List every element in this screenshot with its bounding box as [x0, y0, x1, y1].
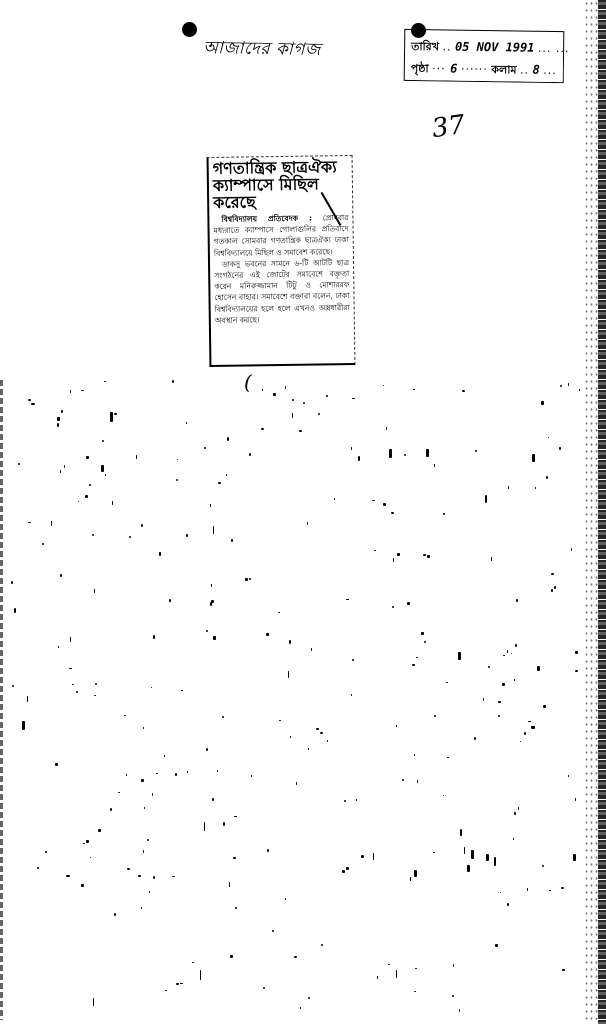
- scan-speck: [459, 1009, 460, 1011]
- scan-speck: [434, 464, 436, 467]
- scan-speck: [279, 720, 281, 721]
- scan-speck: [514, 812, 517, 815]
- scan-speck: [294, 956, 296, 958]
- scan-speck: [262, 389, 263, 391]
- dotted-leader: ······: [461, 63, 488, 76]
- scan-speck: [94, 695, 96, 696]
- scan-speck: [90, 857, 92, 858]
- scan-speck: [28, 399, 31, 401]
- headline-line: ক্যাম্পাসে মিছিল: [213, 175, 348, 194]
- scan-speck: [423, 554, 426, 556]
- scan-speck: [61, 410, 63, 413]
- scan-speck: [503, 655, 505, 656]
- scan-speck: [204, 447, 207, 450]
- scan-speck: [249, 453, 251, 456]
- stamp-date-value: 05 NOV 1991: [455, 40, 535, 55]
- scan-speck: [299, 430, 302, 432]
- scan-speck: [136, 455, 138, 458]
- scan-speck: [233, 857, 236, 859]
- scan-speck: [560, 385, 562, 387]
- dotted-leader: ..: [520, 64, 529, 77]
- scan-speck: [396, 970, 397, 978]
- scan-speck: [124, 715, 126, 716]
- scan-speck: [64, 465, 65, 468]
- dotted-leader: ... ...: [538, 42, 570, 55]
- punch-hole-icon: [182, 22, 197, 37]
- scan-speck: [186, 422, 187, 424]
- scan-speck: [144, 807, 145, 809]
- scan-speck: [361, 855, 363, 857]
- scan-speck: [575, 651, 578, 653]
- scan-speck: [11, 581, 13, 584]
- scan-speck: [414, 991, 416, 993]
- scan-speck: [396, 725, 398, 727]
- scan-speck: [507, 903, 509, 906]
- scan-speck: [344, 800, 346, 802]
- scan-speck: [27, 696, 29, 702]
- scan-speck: [200, 970, 202, 979]
- scan-speck: [415, 968, 417, 969]
- dotted-leader: ...: [543, 64, 557, 77]
- scan-speck: [296, 782, 297, 785]
- scan-speck: [165, 990, 167, 991]
- scan-speck: [392, 606, 394, 608]
- handwritten-page-number: 37: [430, 110, 467, 144]
- scan-speck: [51, 521, 52, 527]
- scan-speck: [212, 798, 214, 801]
- stamp-page-label: পৃষ্ঠা: [411, 62, 429, 75]
- scan-speck: [402, 779, 404, 781]
- scan-speck: [229, 884, 231, 887]
- scan-speck: [172, 876, 174, 877]
- scan-speck: [18, 463, 20, 465]
- stamp-date-row: তারিখ .. 05 NOV 1991 ... ...: [411, 38, 570, 59]
- scan-speck: [452, 995, 454, 997]
- scan-speck: [542, 865, 544, 867]
- scan-speck: [210, 504, 212, 506]
- scan-speck: [72, 684, 74, 685]
- newspaper-clipping: গণতান্ত্রিক ছাত্রঐক্য ক্যাম্পাসে মিছিল ক…: [207, 155, 356, 367]
- scan-speck: [290, 736, 291, 738]
- scan-speck: [153, 876, 155, 879]
- scan-speck: [81, 884, 84, 887]
- scan-speck: [101, 465, 104, 472]
- document-page: আজাদের কাগজ তারিখ .. 05 NOV 1991 ... ...…: [0, 0, 606, 1024]
- scan-speck: [524, 732, 526, 735]
- scan-speck: [434, 715, 436, 718]
- scan-speck: [377, 976, 378, 979]
- scan-speck: [346, 867, 349, 870]
- scan-speck: [278, 612, 280, 613]
- scan-speck: [105, 474, 106, 476]
- stamp-date-label: তারিখ: [411, 40, 439, 53]
- scan-speck: [66, 875, 69, 877]
- scan-speck: [285, 386, 286, 389]
- scan-speck: [234, 816, 237, 818]
- scan-speck: [110, 412, 113, 422]
- scan-speck: [60, 470, 62, 473]
- scan-speck: [358, 456, 360, 461]
- scan-speck: [288, 671, 289, 678]
- scan-speck: [94, 589, 95, 593]
- scan-speck: [114, 413, 117, 415]
- scan-speck: [112, 501, 114, 504]
- scan-speck: [156, 773, 157, 774]
- clipping-paragraph: বিশ্ববিদ্যালয় প্রতিবেদক : প্রোববার মধ্য…: [213, 212, 349, 259]
- scan-speck: [169, 599, 171, 602]
- scan-speck: [129, 536, 131, 538]
- scan-speck: [573, 854, 576, 861]
- scan-speck: [351, 694, 352, 696]
- scan-speck: [373, 853, 374, 860]
- scan-speck: [352, 659, 354, 661]
- scan-speck: [69, 668, 72, 669]
- stamp-page-value: 6: [450, 62, 457, 76]
- scan-speck: [414, 754, 415, 756]
- scan-speck: [513, 838, 514, 840]
- clipping-byline: বিশ্ববিদ্যালয় প্রতিবেদক :: [221, 214, 312, 224]
- scan-speck: [575, 670, 578, 672]
- scan-speck: [426, 449, 429, 457]
- scan-speck: [383, 503, 386, 506]
- scan-speck: [60, 574, 62, 577]
- scan-speck: [143, 727, 145, 728]
- scan-speck: [181, 690, 183, 691]
- scan-speck: [311, 648, 312, 651]
- date-stamp: তারিখ .. 05 NOV 1991 ... ... পৃষ্ঠা ··· …: [404, 29, 565, 83]
- scan-speck: [204, 822, 205, 831]
- scan-speck: [495, 944, 498, 947]
- scan-speck: [383, 385, 384, 386]
- scan-speck: [316, 728, 319, 730]
- scan-speck: [393, 558, 394, 561]
- scan-speck: [42, 543, 44, 545]
- scan-speck: [28, 522, 31, 523]
- scan-speck: [500, 892, 501, 893]
- scan-speck: [118, 792, 120, 793]
- scan-speck: [213, 526, 215, 534]
- scan-speck: [151, 687, 152, 688]
- scan-edge-noise: [584, 0, 598, 1024]
- scan-speck: [289, 640, 291, 643]
- scan-speck: [488, 666, 490, 668]
- scan-speck: [45, 851, 47, 853]
- scan-speck: [14, 608, 16, 613]
- scan-speck: [413, 389, 415, 390]
- scan-speck: [226, 474, 228, 476]
- scan-speck: [152, 793, 153, 796]
- scan-speck: [22, 721, 25, 730]
- scan-speck: [535, 487, 536, 489]
- stamp-column-label: কলাম: [491, 63, 516, 76]
- scan-speck: [307, 522, 308, 525]
- scan-speck: [424, 641, 425, 643]
- scan-speck: [346, 599, 348, 600]
- scan-speck: [527, 888, 528, 890]
- scan-speck: [351, 447, 352, 450]
- scan-speck: [218, 482, 221, 484]
- scan-speck: [356, 799, 357, 801]
- scan-speck: [514, 679, 516, 682]
- scan-speck: [474, 737, 476, 740]
- scan-speck: [443, 795, 444, 797]
- scan-speck: [551, 573, 554, 576]
- scan-speck: [537, 666, 540, 671]
- scan-speck: [263, 987, 264, 989]
- scan-speck: [159, 552, 161, 555]
- scan-speck: [98, 829, 101, 832]
- scan-speck: [561, 887, 564, 889]
- scan-speck: [483, 698, 484, 701]
- scan-speck: [231, 539, 233, 542]
- scan-speck: [141, 907, 142, 908]
- scan-speck: [318, 413, 320, 414]
- scan-speck: [70, 390, 71, 393]
- scan-speck: [427, 555, 430, 558]
- scan-speck: [372, 500, 375, 502]
- scan-speck: [486, 854, 489, 860]
- stamp-page-row: পৃষ্ঠা ··· 6 ······ কলাম .. 8 ...: [411, 60, 563, 82]
- scan-speck: [575, 798, 576, 801]
- scan-speck: [397, 553, 400, 556]
- scan-speck: [520, 741, 521, 742]
- scan-speck: [149, 891, 150, 893]
- scan-speck: [58, 646, 59, 648]
- scan-speck: [110, 808, 112, 811]
- scan-speck: [86, 456, 89, 459]
- scan-speck: [76, 691, 78, 693]
- scan-speck: [410, 877, 411, 880]
- scan-speck: [147, 839, 149, 841]
- scan-speck: [528, 721, 531, 723]
- scan-speck: [421, 632, 424, 635]
- clipping-paragraph: ডাকসু ভবনের সামনে ৬-টি আটটি ছাত্র সংগঠনে…: [214, 257, 350, 326]
- scan-speck: [57, 417, 60, 420]
- scan-speck: [37, 867, 39, 869]
- scan-speck: [176, 479, 177, 481]
- scan-speck: [187, 771, 188, 774]
- scan-speck: [511, 653, 512, 654]
- dotted-leader: ···: [432, 62, 450, 75]
- scan-speck: [388, 964, 389, 966]
- scan-speck: [223, 822, 225, 826]
- scan-speck: [93, 998, 94, 1006]
- dotted-leader: ..: [442, 40, 451, 53]
- scan-speck: [532, 454, 535, 461]
- scan-speck: [507, 650, 508, 653]
- scan-speck: [554, 586, 556, 588]
- scan-speck: [446, 682, 448, 684]
- scan-speck: [485, 495, 486, 503]
- scan-edge-right: [598, 0, 606, 1024]
- headline-line: করেছে: [213, 192, 348, 211]
- scan-speck: [292, 413, 294, 418]
- clipping-body: বিশ্ববিদ্যালয় প্রতিবেদক : প্রোববার মধ্য…: [213, 212, 350, 326]
- scan-speck: [180, 983, 182, 984]
- scan-speck: [386, 427, 387, 429]
- scan-speck: [407, 602, 410, 605]
- scan-speck: [543, 705, 545, 708]
- scan-speck: [559, 447, 561, 450]
- scan-speck: [141, 524, 143, 527]
- scan-speck: [443, 513, 445, 516]
- scan-speck: [95, 683, 97, 685]
- scan-speck: [516, 599, 518, 602]
- scan-speck: [326, 395, 328, 397]
- scan-speck: [389, 449, 392, 458]
- scan-speck: [342, 870, 345, 873]
- scan-speck: [114, 913, 116, 916]
- scan-speck: [192, 962, 193, 964]
- scan-speck: [211, 584, 212, 587]
- scan-speck: [138, 875, 141, 877]
- scan-speck: [206, 748, 208, 751]
- scan-speck: [308, 997, 310, 998]
- scan-speck: [102, 440, 104, 442]
- stamp-column-value: 8: [532, 63, 539, 77]
- scan-speck: [548, 437, 550, 439]
- scan-speck: [551, 589, 554, 591]
- scan-speck: [303, 402, 305, 403]
- scan-speck: [261, 428, 264, 430]
- newspaper-source-name: আজাদের কাগজ: [203, 35, 321, 65]
- scan-speck: [300, 1007, 301, 1009]
- scan-speck: [414, 870, 417, 877]
- scan-speck: [462, 390, 465, 392]
- scan-speck: [12, 685, 14, 687]
- scan-speck: [227, 437, 229, 440]
- scan-speck: [83, 843, 86, 844]
- scan-speck: [57, 423, 58, 427]
- scan-speck: [92, 534, 94, 536]
- scan-speck: [230, 955, 233, 958]
- scan-speck: [475, 450, 477, 451]
- scan-speck: [175, 773, 177, 775]
- scan-speck: [391, 512, 394, 514]
- scan-speck: [31, 403, 34, 405]
- scan-speck: [126, 774, 127, 776]
- scan-speck: [176, 983, 179, 984]
- scan-speck: [153, 635, 155, 639]
- scan-speck: [458, 652, 461, 660]
- scan-speck: [541, 401, 544, 404]
- scan-speck: [211, 600, 214, 603]
- scan-speck: [81, 390, 84, 391]
- scan-speck: [285, 898, 286, 899]
- scan-speck: [546, 476, 548, 479]
- scan-speck: [531, 726, 534, 729]
- scan-speck: [143, 850, 145, 853]
- scan-speck: [467, 865, 470, 872]
- scan-speck: [104, 381, 106, 382]
- scan-speck: [494, 857, 496, 866]
- scan-speck: [177, 459, 178, 460]
- scan-speck: [245, 578, 248, 580]
- scan-speck: [235, 907, 236, 909]
- scan-speck: [416, 657, 418, 658]
- scan-speck: [320, 732, 323, 735]
- scan-speck: [579, 389, 580, 391]
- scan-speck: [266, 633, 269, 636]
- scan-speck: [471, 850, 474, 860]
- scan-speck: [89, 484, 90, 486]
- scan-speck: [453, 964, 454, 967]
- scan-speck: [251, 775, 253, 777]
- scan-speck: [327, 740, 328, 742]
- scan-speck: [213, 636, 215, 639]
- scan-speck: [502, 683, 505, 685]
- scan-speck: [460, 829, 462, 835]
- scan-speck: [334, 498, 335, 501]
- scan-speck: [273, 393, 276, 396]
- scan-speck: [321, 944, 323, 946]
- scan-speck: [571, 548, 572, 551]
- scan-speck: [498, 715, 500, 717]
- scan-speck: [433, 852, 434, 853]
- scan-speck: [292, 399, 294, 402]
- scan-speck: [562, 969, 565, 972]
- scan-edge-left: [0, 380, 3, 1020]
- scan-speck: [568, 383, 569, 386]
- scan-speck: [464, 847, 465, 854]
- scan-speck: [164, 755, 165, 757]
- scan-speck: [272, 930, 273, 932]
- scan-speck: [498, 701, 501, 703]
- scan-speck: [70, 637, 71, 642]
- scan-speck: [404, 454, 407, 456]
- scan-speck: [217, 770, 218, 772]
- scan-speck: [85, 495, 88, 498]
- scan-speck: [172, 380, 174, 383]
- scan-speck: [206, 630, 208, 632]
- scan-speck: [141, 779, 144, 782]
- scan-speck: [447, 757, 448, 759]
- scan-speck: [249, 578, 251, 580]
- scan-speck: [222, 716, 224, 718]
- scan-speck: [417, 780, 419, 783]
- scan-speck: [515, 644, 517, 647]
- scan-speck: [127, 868, 129, 870]
- scan-speck: [86, 840, 88, 843]
- scan-speck: [308, 748, 309, 750]
- scan-speck: [508, 486, 509, 489]
- scan-speck: [352, 398, 354, 399]
- scan-speck: [55, 763, 58, 766]
- scan-speck: [491, 557, 492, 561]
- pen-mark: (: [244, 370, 252, 394]
- scan-speck: [568, 775, 570, 777]
- scan-speck: [78, 501, 80, 502]
- scan-speck: [412, 664, 415, 666]
- scan-speck: [186, 534, 188, 536]
- scan-speck: [518, 807, 520, 810]
- scan-speck: [549, 890, 551, 891]
- scan-speck: [267, 849, 269, 852]
- scan-speck: [374, 550, 376, 551]
